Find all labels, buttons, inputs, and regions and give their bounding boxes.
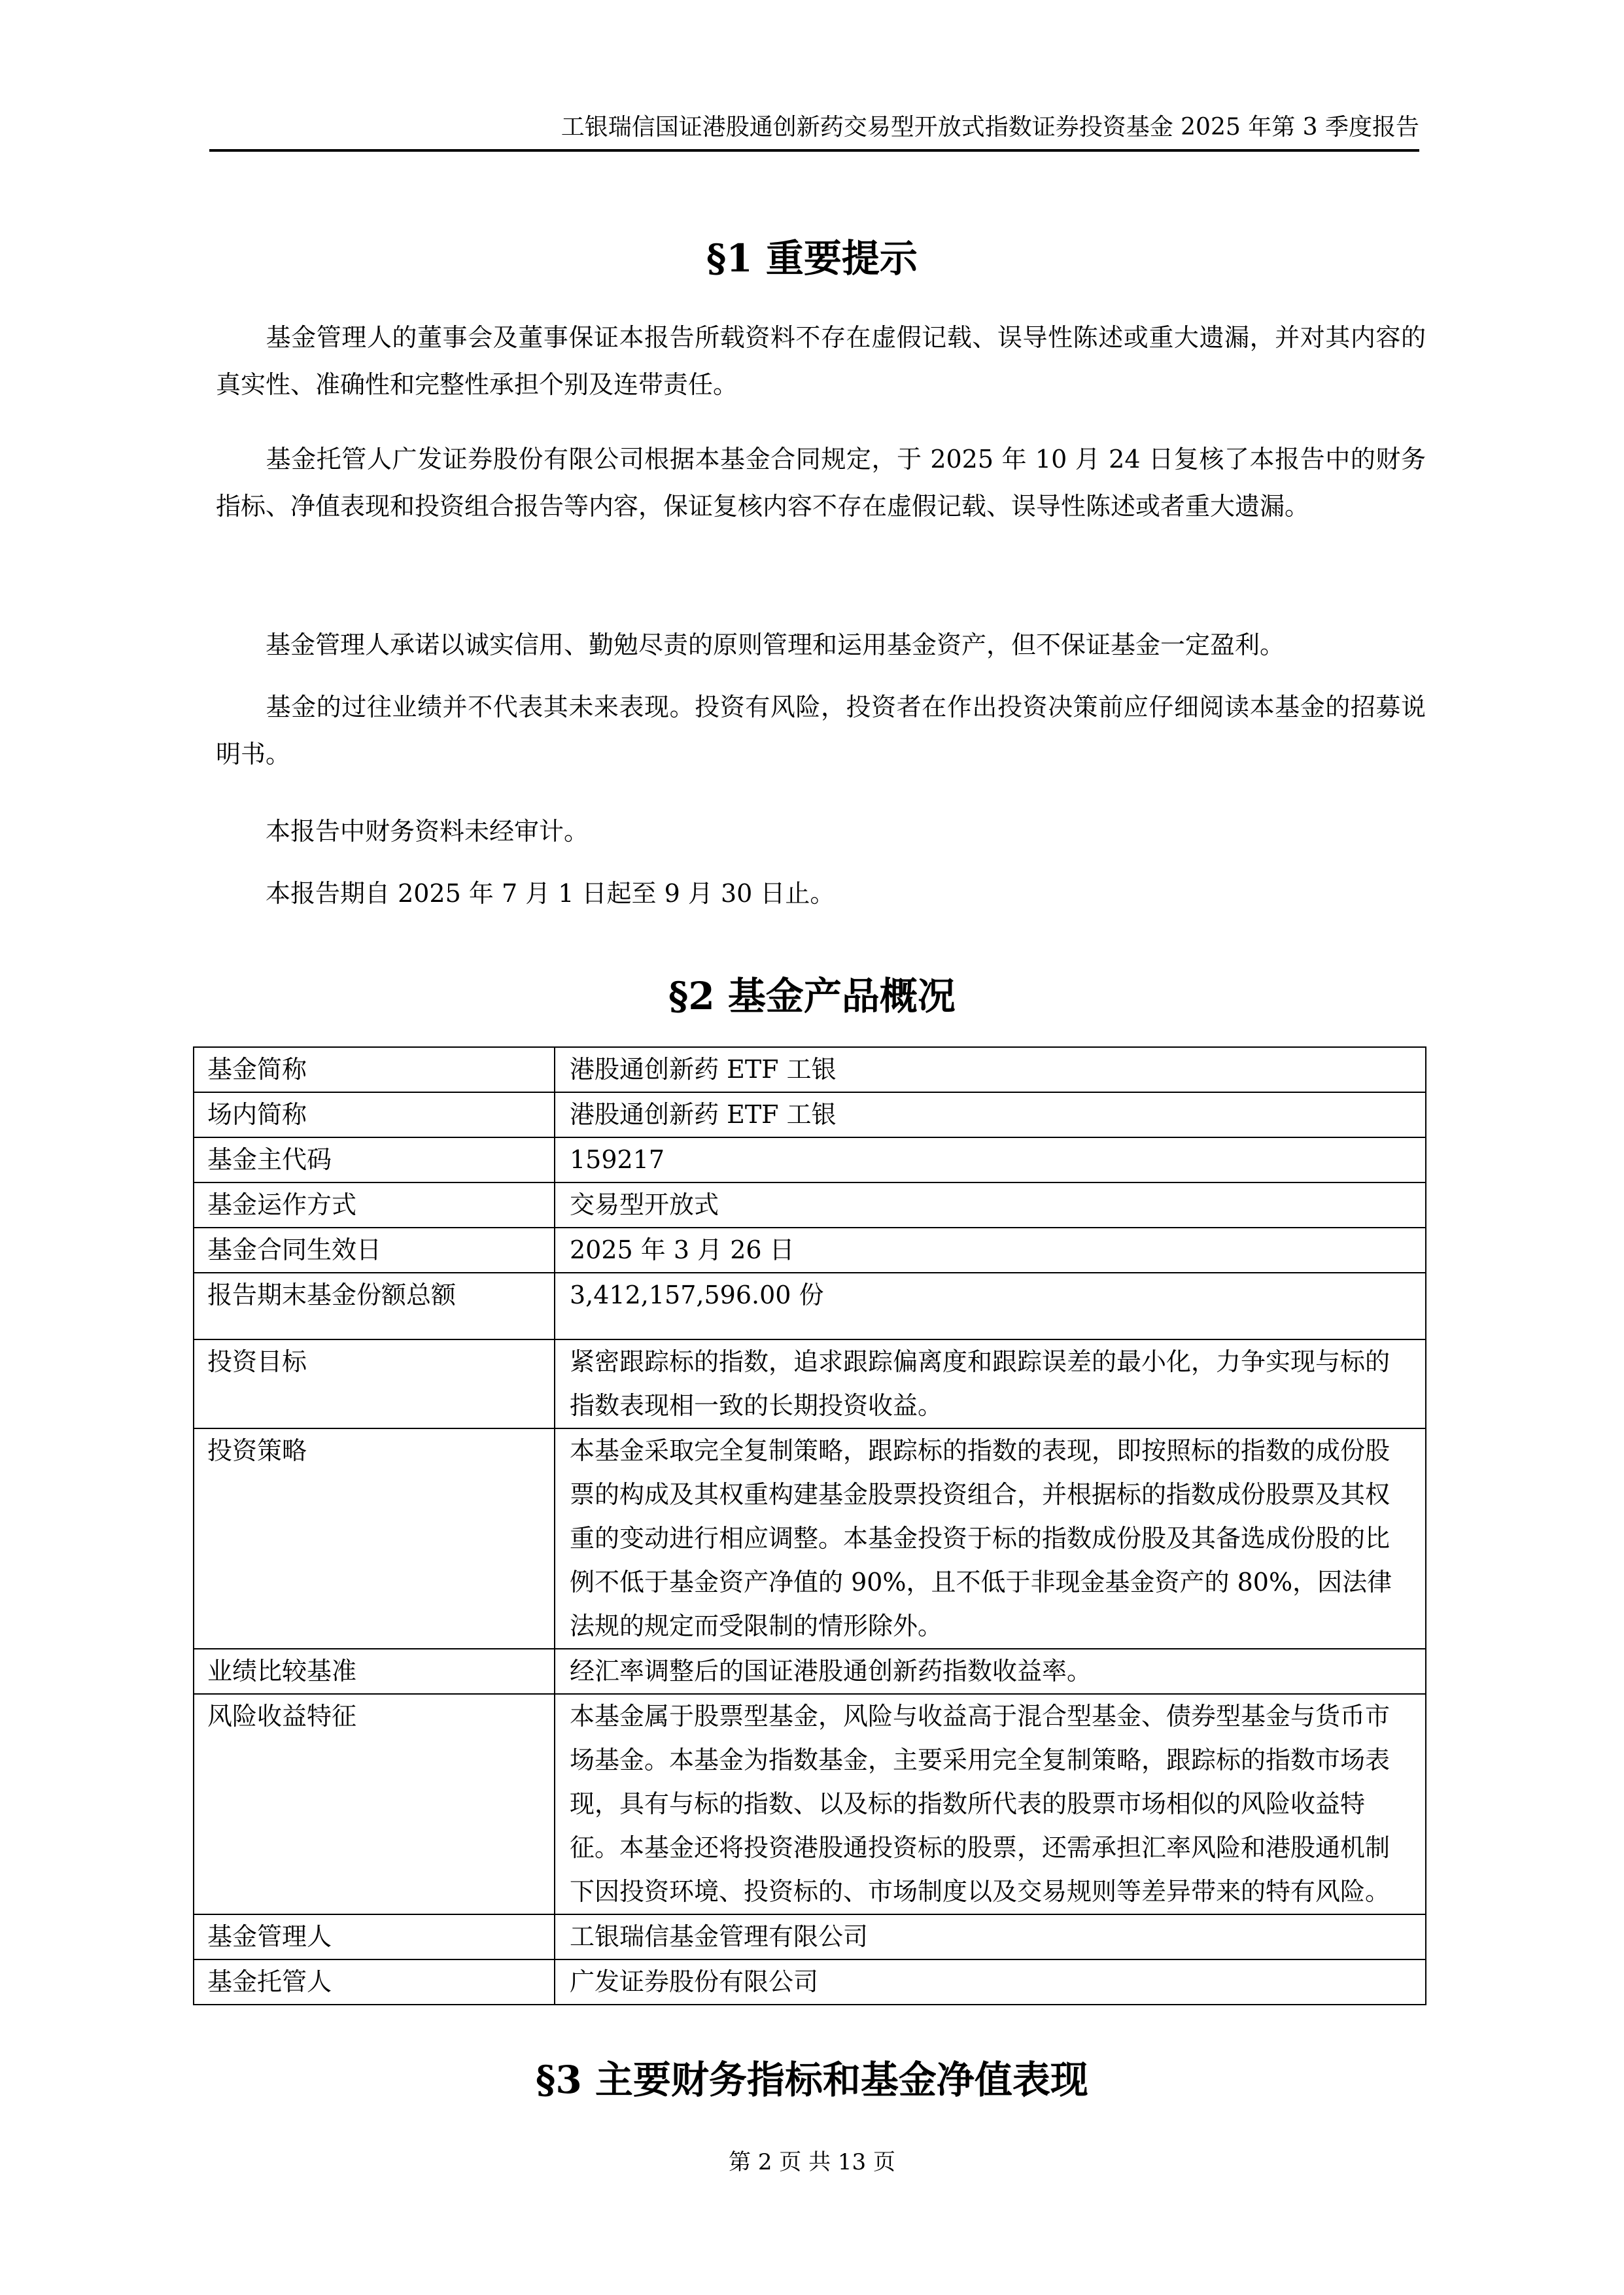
table-row: 风险收益特征本基金属于股票型基金，风险与收益高于混合型基金、债券型基金与货币市场…: [194, 1694, 1426, 1914]
row-label: 报告期末基金份额总额: [194, 1273, 555, 1339]
row-value: 经汇率调整后的国证港股通创新药指数收益率。: [555, 1649, 1426, 1694]
row-value: 2025 年 3 月 26 日: [555, 1228, 1426, 1273]
row-value: 紧密跟踪标的指数，追求跟踪偏离度和跟踪误差的最小化，力争实现与标的指数表现相一致…: [555, 1339, 1426, 1428]
fund-overview-table: 基金简称港股通创新药 ETF 工银 场内简称港股通创新药 ETF 工银 基金主代…: [193, 1046, 1426, 2005]
table-row: 基金简称港股通创新药 ETF 工银: [194, 1047, 1426, 1092]
table-row: 投资策略本基金采取完全复制策略，跟踪标的指数的表现，即按照标的指数的成份股票的构…: [194, 1428, 1426, 1649]
table-row: 基金主代码159217: [194, 1137, 1426, 1182]
paragraph-4: 基金的过往业绩并不代表其未来表现。投资有风险，投资者在作出投资决策前应仔细阅读本…: [216, 683, 1426, 778]
page-header-title: 工银瑞信国证港股通创新药交易型开放式指数证券投资基金 2025 年第 3 季度报…: [209, 111, 1419, 144]
row-value: 工银瑞信基金管理有限公司: [555, 1914, 1426, 1959]
row-value: 港股通创新药 ETF 工银: [555, 1047, 1426, 1092]
row-label: 基金运作方式: [194, 1182, 555, 1228]
paragraph-4-text: 基金的过往业绩并不代表其未来表现。投资有风险，投资者在作出投资决策前应仔细阅读本…: [216, 693, 1426, 768]
table-row: 业绩比较基准经汇率调整后的国证港股通创新药指数收益率。: [194, 1649, 1426, 1694]
paragraph-2-text: 基金托管人广发证券股份有限公司根据本基金合同规定，于 2025 年 10 月 2…: [216, 445, 1426, 521]
row-label: 风险收益特征: [194, 1694, 555, 1914]
row-label: 业绩比较基准: [194, 1649, 555, 1694]
paragraph-3-text: 基金管理人承诺以诚实信用、勤勉尽责的原则管理和运用基金资产，但不保证基金一定盈利…: [266, 630, 1285, 659]
row-value: 广发证券股份有限公司: [555, 1959, 1426, 2005]
table-row: 基金托管人广发证券股份有限公司: [194, 1959, 1426, 2005]
page-number: 第 2 页 共 13 页: [0, 2144, 1624, 2176]
table-row: 基金合同生效日2025 年 3 月 26 日: [194, 1228, 1426, 1273]
row-label: 投资目标: [194, 1339, 555, 1428]
row-label: 场内简称: [194, 1092, 555, 1137]
table-row: 投资目标紧密跟踪标的指数，追求跟踪偏离度和跟踪误差的最小化，力争实现与标的指数表…: [194, 1339, 1426, 1428]
row-label: 基金简称: [194, 1047, 555, 1092]
paragraph-3: 基金管理人承诺以诚实信用、勤勉尽责的原则管理和运用基金资产，但不保证基金一定盈利…: [216, 621, 1426, 668]
row-label: 基金托管人: [194, 1959, 555, 2005]
row-label: 基金合同生效日: [194, 1228, 555, 1273]
row-value: 159217: [555, 1137, 1426, 1182]
section-2-title: §2 基金产品概况: [0, 970, 1624, 1022]
row-value: 本基金采取完全复制策略，跟踪标的指数的表现，即按照标的指数的成份股票的构成及其权…: [555, 1428, 1426, 1649]
table-row: 基金管理人工银瑞信基金管理有限公司: [194, 1914, 1426, 1959]
row-value: 港股通创新药 ETF 工银: [555, 1092, 1426, 1137]
paragraph-1-text: 基金管理人的董事会及董事保证本报告所载资料不存在虚假记载、误导性陈述或重大遗漏，…: [216, 323, 1426, 399]
row-value: 本基金属于股票型基金，风险与收益高于混合型基金、债券型基金与货币市场基金。本基金…: [555, 1694, 1426, 1914]
table-row: 报告期末基金份额总额3,412,157,596.00 份: [194, 1273, 1426, 1339]
row-label: 投资策略: [194, 1428, 555, 1649]
table-row: 场内简称港股通创新药 ETF 工银: [194, 1092, 1426, 1137]
paragraph-6-text: 本报告期自 2025 年 7 月 1 日起至 9 月 30 日止。: [266, 879, 835, 908]
table-row: 基金运作方式交易型开放式: [194, 1182, 1426, 1228]
row-label: 基金管理人: [194, 1914, 555, 1959]
row-label: 基金主代码: [194, 1137, 555, 1182]
paragraph-6: 本报告期自 2025 年 7 月 1 日起至 9 月 30 日止。: [216, 870, 1426, 917]
paragraph-1: 基金管理人的董事会及董事保证本报告所载资料不存在虚假记载、误导性陈述或重大遗漏，…: [216, 314, 1426, 408]
row-value: 交易型开放式: [555, 1182, 1426, 1228]
section-3-title: §3 主要财务指标和基金净值表现: [0, 2054, 1624, 2106]
section-1-title: §1 重要提示: [0, 232, 1624, 285]
paragraph-2: 基金托管人广发证券股份有限公司根据本基金合同规定，于 2025 年 10 月 2…: [216, 436, 1426, 530]
header-divider: [209, 149, 1419, 152]
paragraph-5: 本报告中财务资料未经审计。: [216, 808, 1426, 855]
paragraph-5-text: 本报告中财务资料未经审计。: [266, 817, 589, 846]
row-value: 3,412,157,596.00 份: [555, 1273, 1426, 1339]
